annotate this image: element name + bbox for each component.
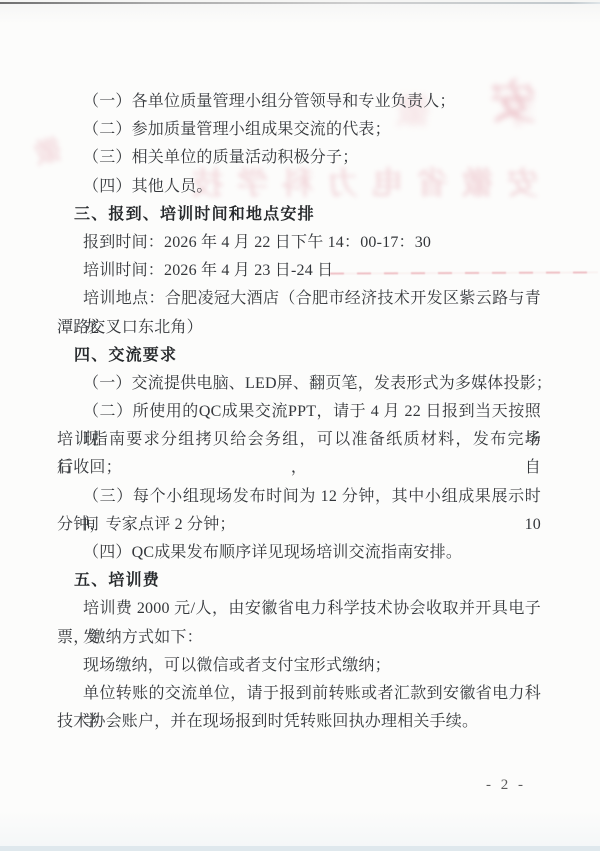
registration-time-line: 报到时间：2026 年 4 月 22 日下午 14：00-17：30 [57, 229, 541, 257]
section-heading-three: 三、报到、培训时间和地点安排 [57, 201, 541, 229]
list-item-attendees-1: （一）各单位质量管理小组分管领导和专业负责人； [57, 88, 541, 116]
payment-transfer-line-2: 技术协会账户，并在现场报到时凭转账回执办理相关手续。 [57, 708, 541, 736]
exchange-req-3: （三）每个小组现场发布时间为 12 分钟，其中小组成果展示时间 10 [57, 483, 541, 511]
section-heading-five: 五、培训费 [57, 567, 541, 595]
training-venue-line: 培训地点：合肥凌冠大酒店（合肥市经济技术开发区紫云路与青龙 [57, 285, 541, 313]
document-body: （一）各单位质量管理小组分管领导和专业负责人； （二）参加质量管理小组成果交流的… [57, 88, 541, 736]
list-item-attendees-4: （四）其他人员。 [57, 173, 541, 201]
section-heading-four: 四、交流要求 [57, 342, 541, 370]
page-number: - 2 - [486, 777, 526, 794]
list-item-attendees-2: （二）参加质量管理小组成果交流的代表； [57, 116, 541, 144]
exchange-req-1: （一）交流提供电脑、LED屏、翻页笔，发表形式为多媒体投影； [57, 370, 541, 398]
training-fee-line-2: 票，缴纳方式如下： [57, 624, 541, 652]
training-time-line: 培训时间：2026 年 4 月 23 日-24 日 [57, 257, 541, 285]
training-fee-line: 培训费 2000 元/人，由安徽省电力科学技术协会收取并开具电子发 [57, 595, 541, 623]
list-item-attendees-3: （三）相关单位的质量活动积极分子； [57, 144, 541, 172]
scan-edge-bottom [0, 846, 600, 851]
exchange-req-2-cont: 培训指南要求分组拷贝给会务组，可以准备纸质材料，发布完毕后，自 [57, 426, 541, 454]
payment-onsite-line: 现场缴纳，可以微信或者支付宝形式缴纳； [57, 652, 541, 680]
payment-transfer-line: 单位转账的交流单位，请于报到前转账或者汇款到安徽省电力科学 [57, 680, 541, 708]
training-venue-line-2: 潭路交叉口东北角） [57, 314, 541, 342]
scanned-document-page: 学 徽 安 徽 安徽省电力科学技 （一）各单位质量管理小组分管领导和专业负责人；… [0, 0, 600, 851]
exchange-req-2: （二）所使用的QC成果交流PPT，请于 4 月 22 日报到当天按照现场 [57, 398, 541, 426]
scan-edge-top [0, 2, 600, 4]
exchange-req-4: （四）QC成果发布顺序详见现场培训交流指南安排。 [57, 539, 541, 567]
